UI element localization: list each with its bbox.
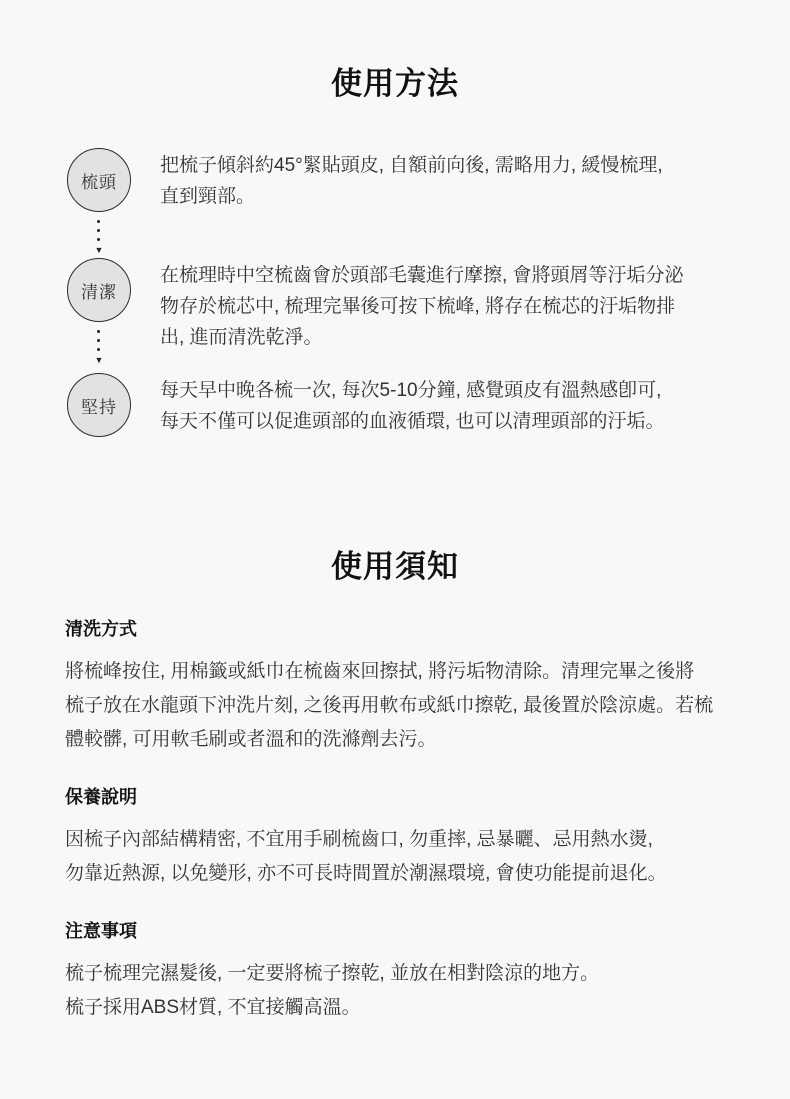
connector-dot	[97, 330, 100, 333]
connector-dot	[97, 339, 100, 342]
step-badge-circle: 清潔	[67, 258, 131, 322]
step-description: 每天早中晚各梳一次, 每次5-10分鐘, 感覺頭皮有溫熱感卽可, 每天不僅可以促…	[160, 375, 665, 437]
subsection-heading-precautions: 注意事項	[65, 919, 732, 943]
dotted-arrow-connector: ▼	[95, 220, 104, 255]
connector-dot	[97, 220, 100, 223]
step-description: 在梳理時中空梳齒會於頭部毛囊進行摩擦, 會將頭屑等汙垢分泌 物存於梳芯中, 梳理…	[160, 260, 684, 353]
subsection-heading-cleaning: 清洗方式	[65, 617, 732, 641]
subsection-heading-maintenance: 保養說明	[65, 785, 732, 809]
subsection-body-cleaning: 將梳峰按住, 用棉籤或紙巾在梳齒來回擦拭, 將污垢物清除。清理完畢之後將 梳子放…	[65, 655, 732, 757]
step-badge-column: 堅持	[65, 373, 133, 437]
step-badge-label: 梳頭	[81, 168, 117, 193]
usage-step-persist: 堅持 每天早中晚各梳一次, 每次5-10分鐘, 感覺頭皮有溫熱感卽可, 每天不僅…	[0, 373, 790, 445]
step-description: 把梳子傾斜約45°緊貼頭皮, 自額前向後, 需略用力, 緩慢梳理, 直到頸部。	[160, 150, 663, 212]
arrow-down-icon: ▼	[95, 246, 104, 255]
usage-step-comb: 梳頭 ▼ 把梳子傾斜約45°緊貼頭皮, 自額前向後, 需略用力, 緩慢梳理, 直…	[0, 148, 790, 258]
connector-dot	[97, 348, 100, 351]
step-badge-column: 清潔 ▼	[65, 258, 133, 365]
subsection-body-maintenance: 因梳子內部結構精密, 不宜用手刷梳齒口, 勿重摔, 忌暴曬、忌用熱水燙, 勿靠近…	[65, 823, 732, 891]
usage-notice: 清洗方式 將梳峰按住, 用棉籤或紙巾在梳齒來回擦拭, 將污垢物清除。清理完畢之後…	[0, 617, 790, 1025]
connector-dot	[97, 229, 100, 232]
step-badge-column: 梳頭 ▼	[65, 148, 133, 255]
step-badge-circle: 堅持	[67, 373, 131, 437]
usage-step-clean: 清潔 ▼ 在梳理時中空梳齒會於頭部毛囊進行摩擦, 會將頭屑等汙垢分泌 物存於梳芯…	[0, 258, 790, 373]
step-badge-circle: 梳頭	[67, 148, 131, 212]
connector-dot	[97, 238, 100, 241]
step-badge-label: 堅持	[81, 393, 117, 418]
step-badge-label: 清潔	[81, 278, 117, 303]
usage-steps: 梳頭 ▼ 把梳子傾斜約45°緊貼頭皮, 自額前向後, 需略用力, 緩慢梳理, 直…	[0, 148, 790, 445]
arrow-down-icon: ▼	[95, 356, 104, 365]
product-instruction-page: 使用方法 梳頭 ▼ 把梳子傾斜約45°緊貼頭皮, 自額前向後, 需略用力, 緩慢…	[0, 0, 790, 1099]
notice-section-title: 使用須知	[0, 547, 790, 587]
usage-section-title: 使用方法	[0, 0, 790, 104]
subsection-body-precautions: 梳子梳理完濕髮後, 一定要將梳子擦乾, 並放在相對陰涼的地方。 梳子採用ABS材…	[65, 957, 732, 1025]
dotted-arrow-connector: ▼	[95, 330, 104, 365]
